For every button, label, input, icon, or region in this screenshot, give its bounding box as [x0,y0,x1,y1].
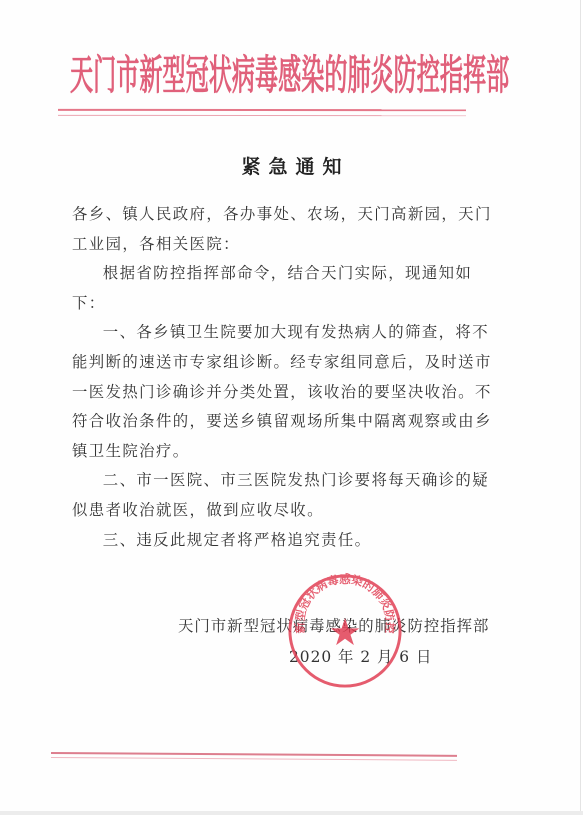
item-one-paragraph: 一、各乡镇卫生院要加大现有发热病人的筛查，将不能判断的速送市专家组诊断。经专家组… [72,318,492,466]
document-page: 天门市新型冠状病毒感染的肺炎防控指挥部 紧急通知 各乡、镇人民政府，各办事处、农… [0,0,581,812]
organization-header-title: 天门市新型冠状病毒感染的肺炎防控指挥部 [70,42,335,109]
signature-organization: 天门市新型冠状病毒感染的肺炎防控指挥部 [178,614,489,636]
addressee-line: 各乡、镇人民政府，各办事处、农场，天门高新园，天门工业园，各相关医院： [72,200,492,259]
item-three-paragraph: 三、违反此规定者将严格追究责任。 [72,526,492,556]
page-bottom-edge [0,811,583,815]
header-red-rule [58,109,466,116]
document-title: 紧急通知 [0,152,583,179]
item-two-paragraph: 二、市一医院、市三医院发热门诊要将每天确诊的疑似患者收治就医，做到应收尽收。 [72,466,492,525]
document-body: 各乡、镇人民政府，各办事处、农场，天门高新园，天门工业园，各相关医院： 根据省防… [72,200,492,555]
footer-red-rule [51,752,457,761]
signature-date: 2020 年 2 月 6 日 [289,645,432,667]
intro-paragraph: 根据省防控指挥部命令，结合天门实际，现通知如下： [72,259,492,318]
